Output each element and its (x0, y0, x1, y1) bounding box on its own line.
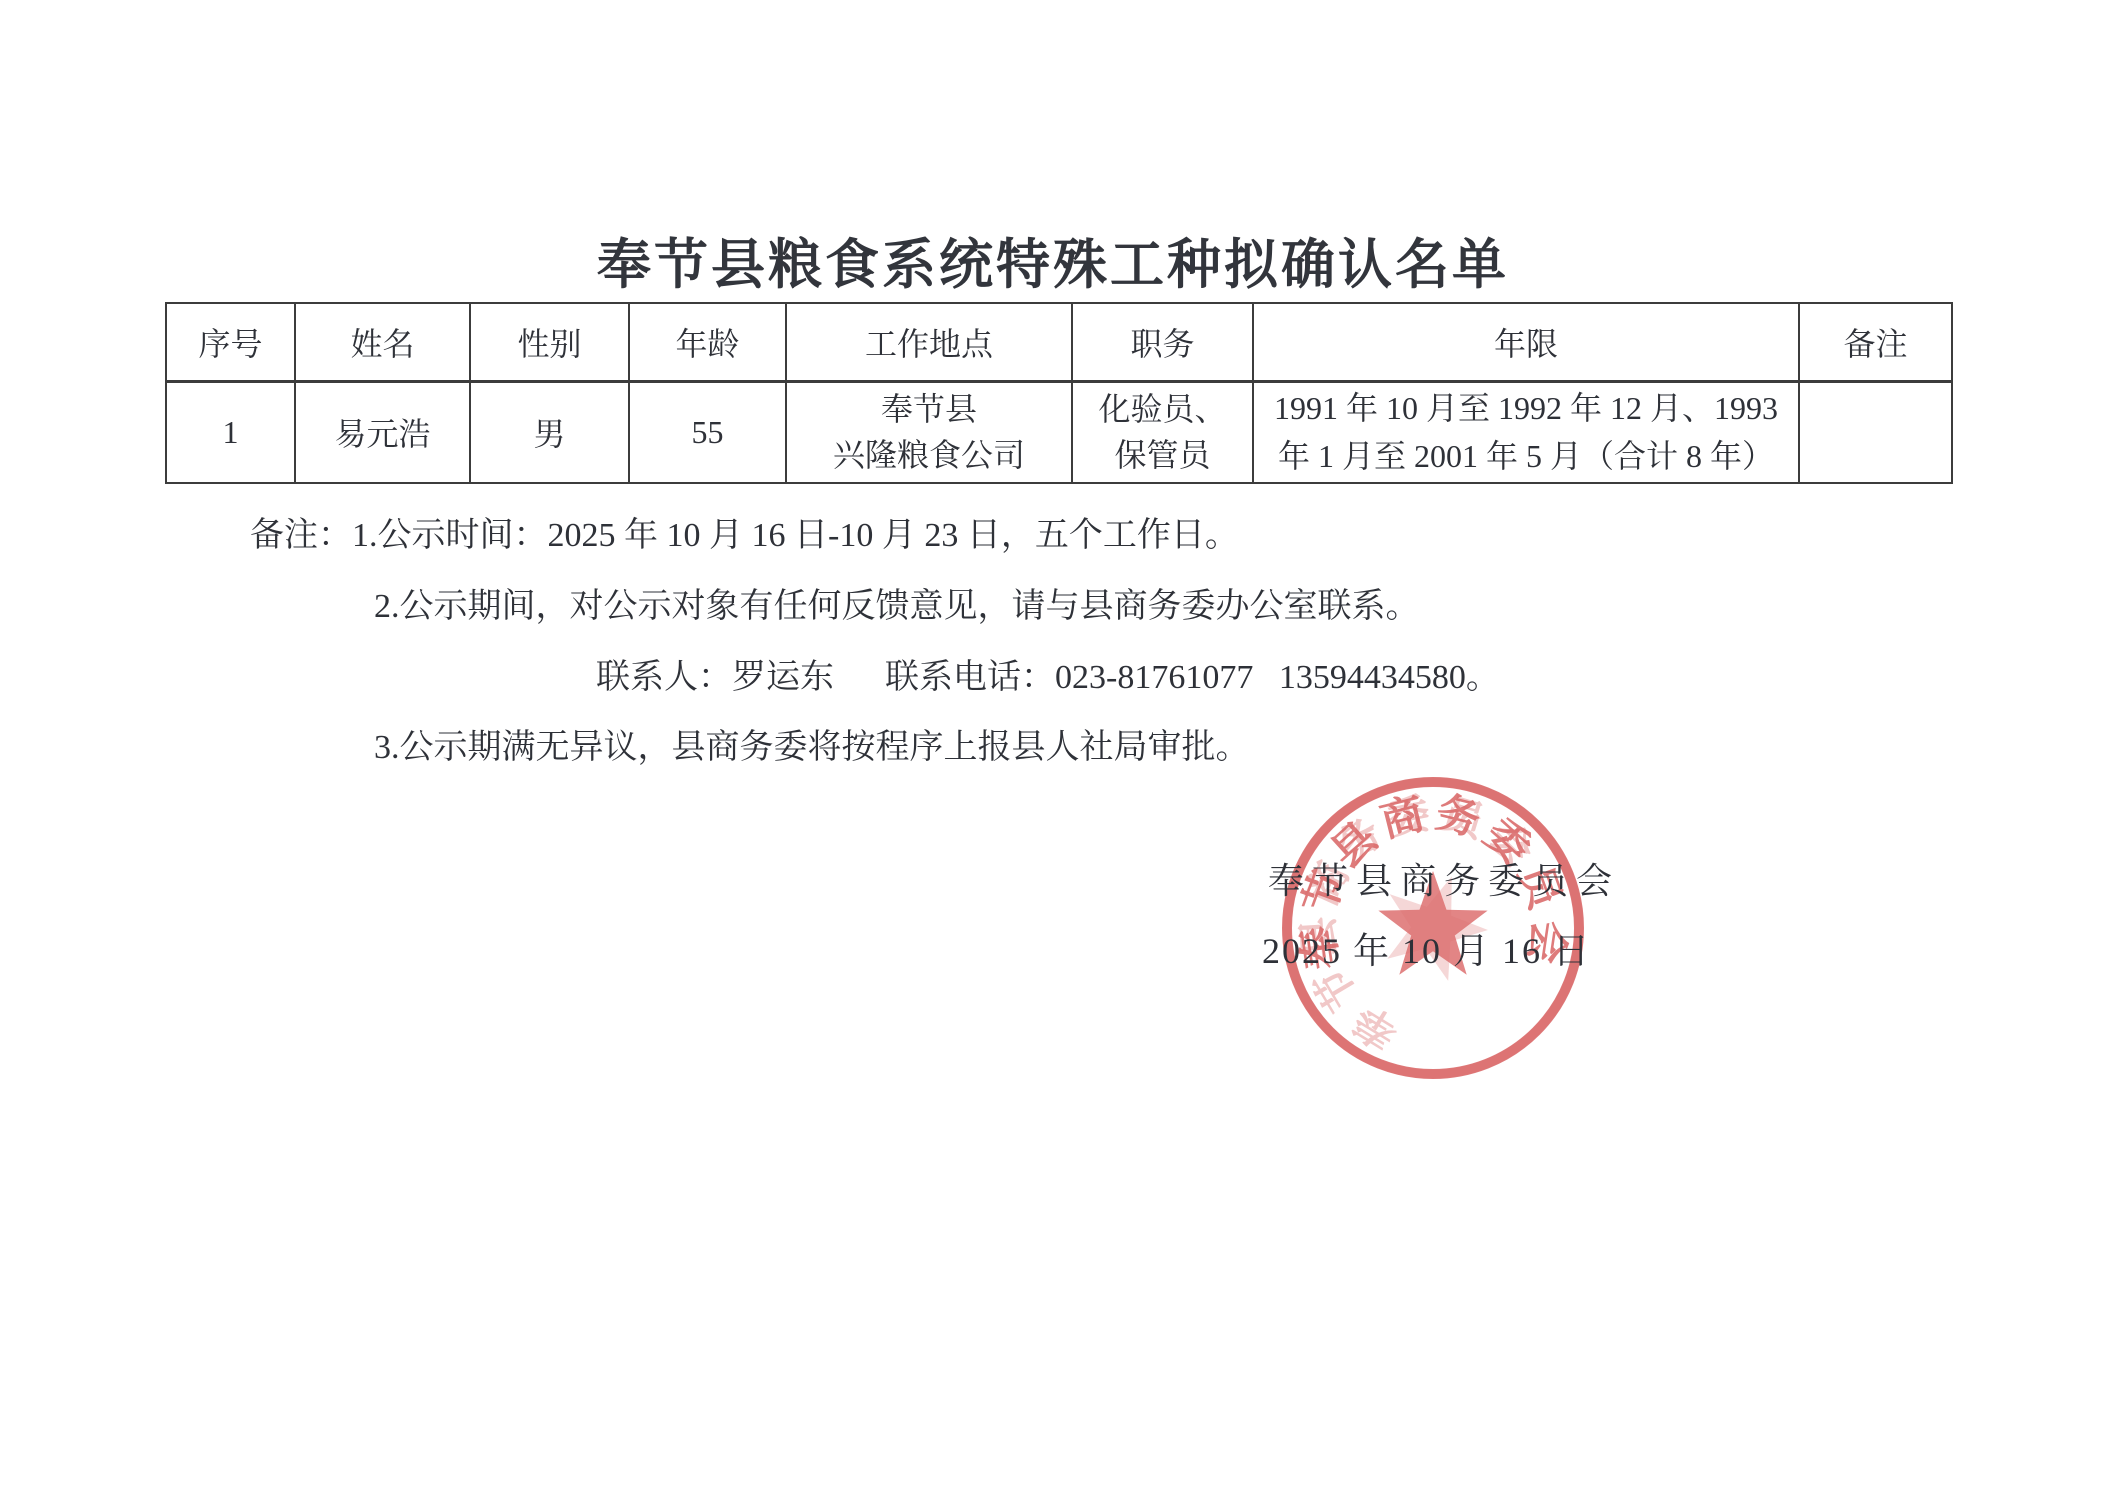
workplace-line-2: 兴隆粮食公司 (787, 432, 1071, 478)
years-line-1: 1991 年 10 月至 1992 年 12 月、1993 (1254, 384, 1798, 432)
table-row: 1 易元浩 男 55 奉节县 兴隆粮食公司 化验员、 保管员 1991 年 10… (166, 381, 1952, 483)
note-line-3: 3.公示期满无异议，县商务委将按程序上报县人社局审批。 (374, 728, 1250, 768)
cell-index: 1 (166, 381, 295, 483)
position-line-1: 化验员、 (1073, 386, 1252, 432)
header-index: 序号 (166, 303, 295, 381)
header-remark: 备注 (1799, 303, 1952, 381)
cell-age: 55 (629, 381, 786, 483)
cell-gender: 男 (470, 381, 629, 483)
cell-position: 化验员、 保管员 (1072, 381, 1253, 483)
cell-name: 易元浩 (295, 381, 470, 483)
page-title: 奉节县粮食系统特殊工种拟确认名单 (0, 222, 2106, 299)
header-name: 姓名 (295, 303, 470, 381)
note-line-2: 2.公示期间，对公示对象有任何反馈意见，请与县商务委办公室联系。 (374, 587, 1420, 627)
svg-text:奉节县商务委员会: 奉节县商务委员会 (1272, 767, 1549, 1061)
cell-workplace: 奉节县 兴隆粮食公司 (786, 381, 1072, 483)
note-line-1: 备注：1.公示时间：2025 年 10 月 16 日-10 月 23 日，五个工… (250, 516, 1239, 556)
note-label: 备注： (250, 517, 352, 554)
signature-date: 2025 年 10 月 16 日 (1262, 923, 1591, 974)
header-workplace: 工作地点 (786, 303, 1072, 381)
cell-remark (1799, 381, 1952, 483)
table-header-row: 序号 姓名 性别 年龄 工作地点 职务 年限 备注 (166, 303, 1952, 381)
header-years: 年限 (1253, 303, 1799, 381)
confirmation-table: 序号 姓名 性别 年龄 工作地点 职务 年限 备注 1 易元浩 男 55 奉节县… (165, 302, 1953, 484)
years-line-2: 年 1 月至 2001 年 5 月（合计 8 年） (1254, 432, 1798, 480)
seal-ghost-arc-text: 奉节县商务委员会 (1272, 767, 1549, 1061)
signature-org: 奉节县商务委员会 (1268, 853, 1620, 904)
workplace-line-1: 奉节县 (787, 386, 1071, 432)
cell-years: 1991 年 10 月至 1992 年 12 月、1993 年 1 月至 200… (1253, 381, 1799, 483)
position-line-2: 保管员 (1073, 432, 1252, 478)
header-gender: 性别 (470, 303, 629, 381)
document-page: 奉节县粮食系统特殊工种拟确认名单 序号 姓名 性别 年龄 工作地点 职务 年限 … (0, 0, 2106, 1488)
note-text-1: 1.公示时间：2025 年 10 月 16 日-10 月 23 日，五个工作日。 (352, 517, 1239, 554)
header-position: 职务 (1072, 303, 1253, 381)
header-age: 年龄 (629, 303, 786, 381)
note-contact-line: 联系人：罗运东 联系电话：023-81761077 13594434580。 (596, 658, 1500, 698)
